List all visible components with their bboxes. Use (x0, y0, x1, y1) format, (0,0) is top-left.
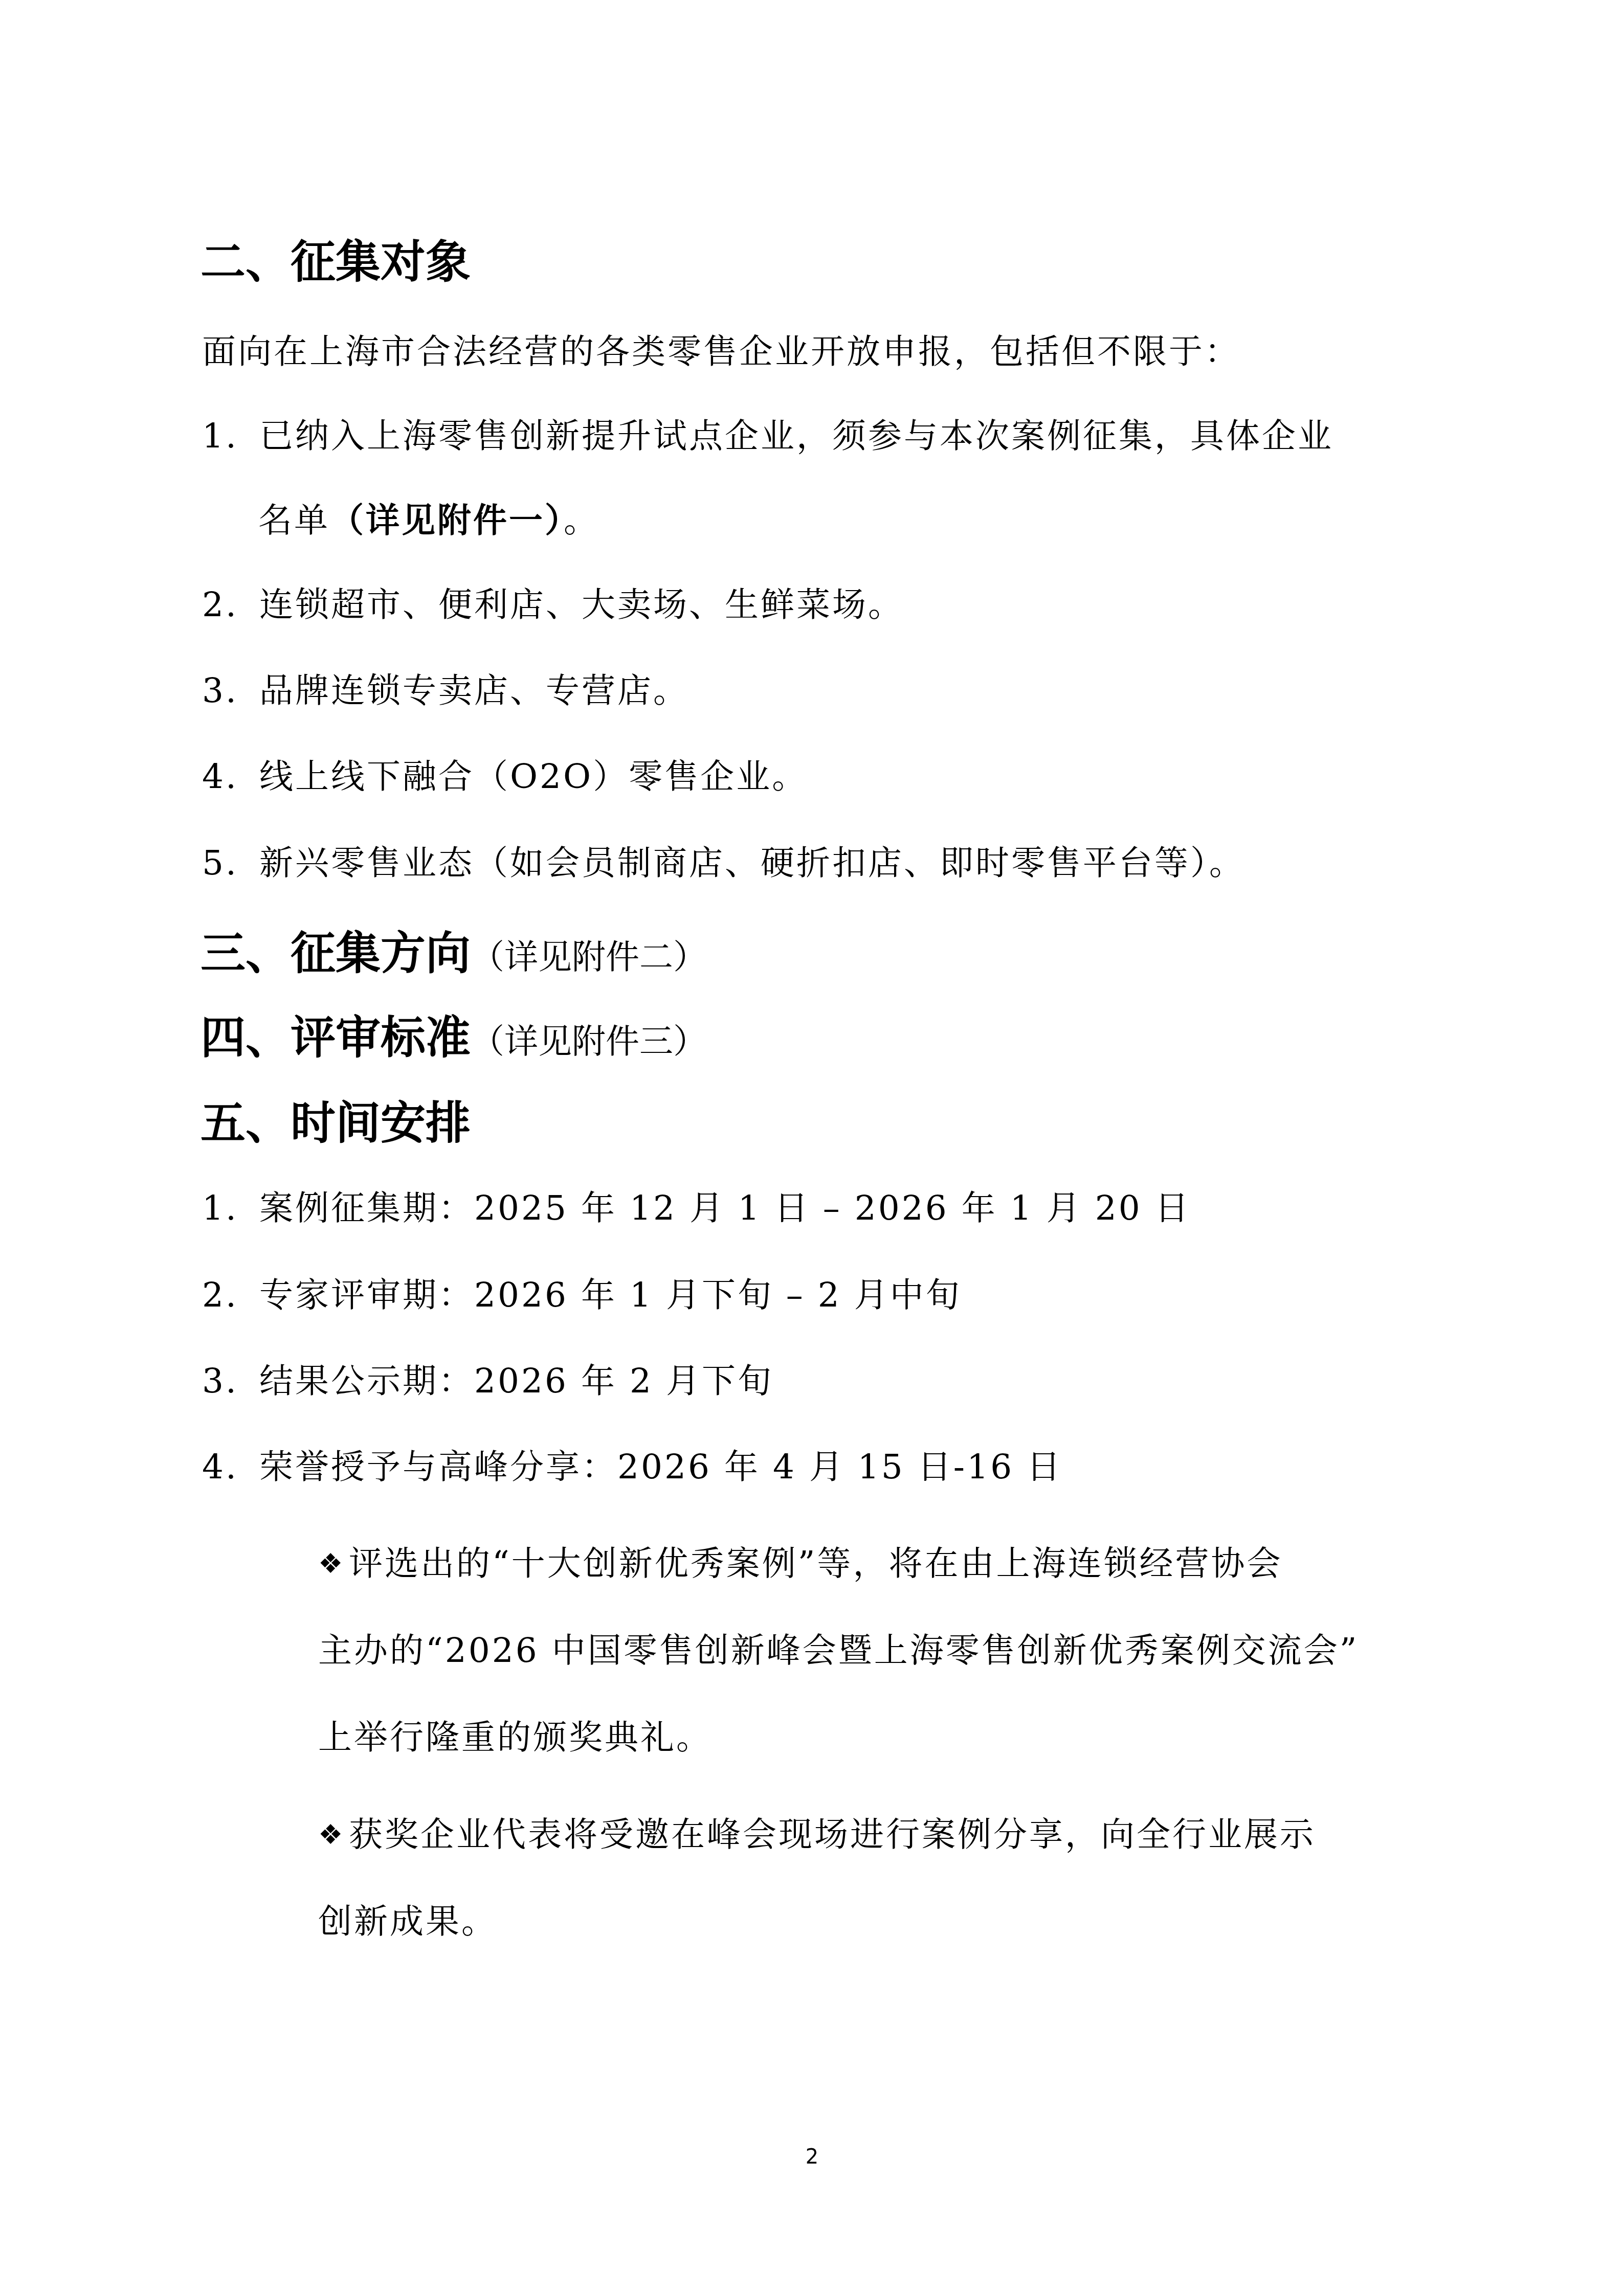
diamond-bullet-icon: ❖ (318, 1821, 349, 1849)
heading-text: 四、评审标准 (201, 1011, 471, 1064)
bullet-continuation: 主办的“2026 中国零售创新峰会暨上海零售创新优秀案例交流会” (318, 1634, 1359, 1668)
attachment-reference: （详见附件三） (471, 1022, 707, 1061)
list-text: 线上线下融合（O2O）零售企业。 (259, 757, 808, 796)
bullet-text: 评选出的“十大创新优秀案例”等，将在由上海连锁经营协会 (349, 1544, 1282, 1583)
list-text: 品牌连锁专卖店、专营店。 (259, 671, 689, 710)
list-text: 已纳入上海零售创新提升试点企业，须参与本次案例征集，具体企业 (259, 416, 1333, 456)
list-item: 2.连锁超市、便利店、大卖场、生鲜菜场。 (202, 588, 904, 622)
list-number: 5. (202, 846, 259, 880)
attachment-reference: （详见附件一） (330, 501, 564, 540)
schedule-text: 荣誉授予与高峰分享：2026 年 4 月 15 日-16 日 (259, 1447, 1062, 1487)
schedule-text: 专家评审期：2026 年 1 月下旬 – 2 月中旬 (259, 1275, 962, 1315)
list-text: 连锁超市、便利店、大卖场、生鲜菜场。 (259, 585, 904, 624)
bullet-paragraph: ❖评选出的“十大创新优秀案例”等，将在由上海连锁经营协会 (318, 1547, 1282, 1581)
list-item-continuation: 名单（详见附件一）。 (258, 504, 599, 537)
schedule-text: 案例征集期：2025 年 12 月 1 日 – 2026 年 1 月 20 日 (259, 1188, 1191, 1228)
list-item: 4.线上线下融合（O2O）零售企业。 (202, 760, 808, 794)
list-number: 1. (202, 1191, 259, 1225)
section-heading-schedule: 五、时间安排 (201, 1100, 471, 1145)
heading-text: 二、征集对象 (201, 235, 471, 288)
bullet-paragraph: ❖获奖企业代表将受邀在峰会现场进行案例分享，向全行业展示 (318, 1818, 1316, 1852)
section-heading-collection-targets: 二、征集对象 (201, 239, 471, 284)
page-number: 2 (0, 2145, 1624, 2169)
list-number: 2. (202, 1278, 259, 1312)
list-number: 1. (202, 419, 259, 453)
section-heading-collection-direction: 三、征集方向（详见附件二） (201, 931, 707, 976)
schedule-text: 结果公示期：2026 年 2 月下旬 (259, 1361, 773, 1401)
schedule-item: 4.荣誉授予与高峰分享：2026 年 4 月 15 日-16 日 (202, 1450, 1062, 1484)
list-text: 名单 (258, 501, 330, 540)
bullet-continuation: 创新成果。 (318, 1905, 497, 1939)
section-heading-review-criteria: 四、评审标准（详见附件三） (201, 1015, 707, 1060)
heading-text: 五、时间安排 (201, 1096, 471, 1149)
list-item: 5.新兴零售业态（如会员制商店、硬折扣店、即时零售平台等）。 (202, 846, 1245, 880)
intro-paragraph: 面向在上海市合法经营的各类零售企业开放申报，包括但不限于： (202, 335, 1240, 369)
list-text: 新兴零售业态（如会员制商店、硬折扣店、即时零售平台等）。 (259, 843, 1245, 883)
bullet-continuation: 上举行隆重的颁奖典礼。 (318, 1721, 712, 1754)
list-number: 2. (202, 588, 259, 622)
list-number: 3. (202, 674, 259, 708)
bullet-text: 获奖企业代表将受邀在峰会现场进行案例分享，向全行业展示 (349, 1815, 1316, 1854)
document-page: 二、征集对象 面向在上海市合法经营的各类零售企业开放申报，包括但不限于： 1.已… (0, 0, 1624, 2296)
diamond-bullet-icon: ❖ (318, 1550, 349, 1578)
list-item: 1.已纳入上海零售创新提升试点企业，须参与本次案例征集，具体企业 (202, 419, 1333, 453)
heading-text: 三、征集方向 (201, 927, 471, 979)
schedule-item: 2.专家评审期：2026 年 1 月下旬 – 2 月中旬 (202, 1278, 962, 1312)
schedule-item: 1.案例征集期：2025 年 12 月 1 日 – 2026 年 1 月 20 … (202, 1191, 1191, 1225)
punctuation: 。 (564, 501, 599, 540)
list-number: 4. (202, 1450, 259, 1484)
attachment-reference: （详见附件二） (471, 937, 707, 977)
list-number: 4. (202, 760, 259, 794)
list-number: 3. (202, 1364, 259, 1398)
schedule-item: 3.结果公示期：2026 年 2 月下旬 (202, 1364, 773, 1398)
list-item: 3.品牌连锁专卖店、专营店。 (202, 674, 689, 708)
